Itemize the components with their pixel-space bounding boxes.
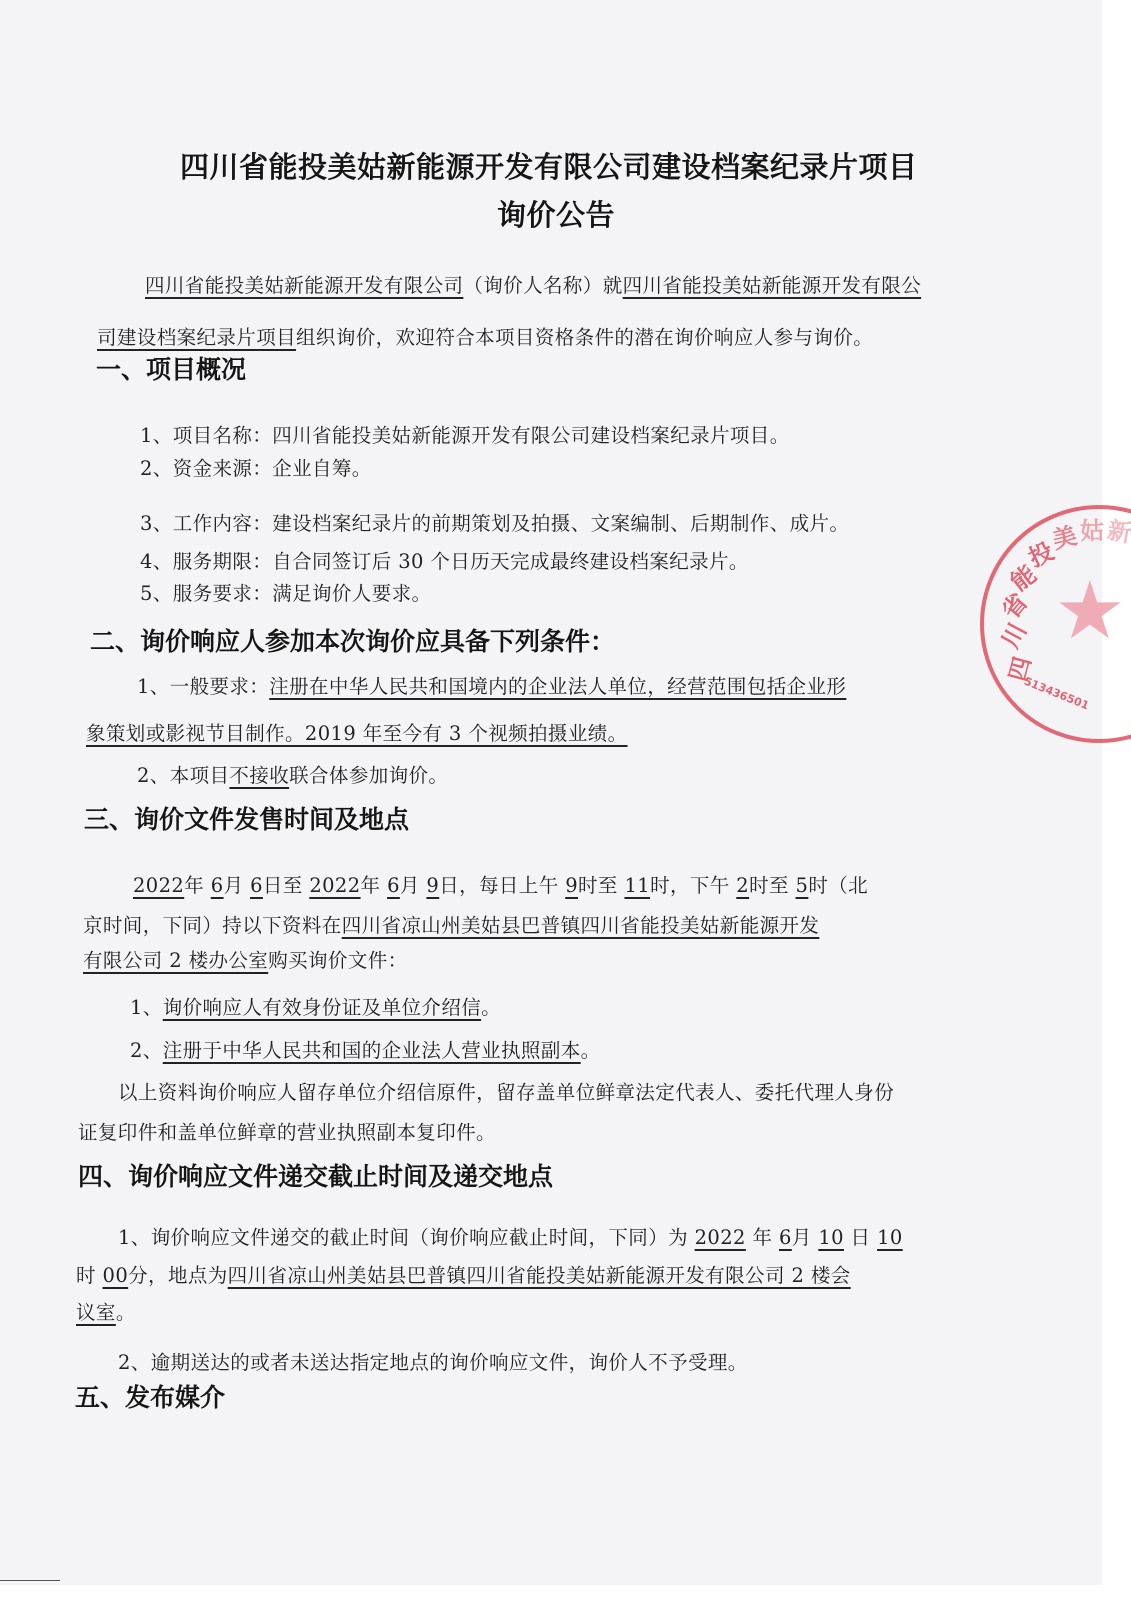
unit: 日至 <box>263 874 303 897</box>
consortium-status: 不接收 <box>229 764 289 787</box>
start-month: 6 <box>211 874 224 897</box>
intro-text: （询价人名称）就 <box>463 274 622 297</box>
unit: 时 <box>76 1264 96 1287</box>
section-1-item: 5、服务要求：满足询价人要求。 <box>140 578 431 606</box>
punct: 。 <box>581 1039 601 1062</box>
sale-requirement-2: 2、注册于中华人民共和国的企业法人营业执照副本。 <box>130 1035 601 1063</box>
deadline-location-line: 时 00分，地点为四川省凉山州美姑县巴普镇四川省能投美姑新能源开发有限公司 2 … <box>76 1260 851 1288</box>
item-label: 2、 <box>130 1039 163 1062</box>
section-1-heading: 一、项目概况 <box>96 350 246 386</box>
retention-note-cont: 证复印件和盖单位鲜章的营业执照副本复印件。 <box>78 1117 496 1145</box>
submission-location: 四川省凉山州美姑县巴普镇四川省能投美姑新能源开发有限公司 2 楼会 <box>228 1264 851 1287</box>
section-5-heading: 五、发布媒介 <box>75 1378 225 1414</box>
deadline-line: 1、询价响应文件递交的截止时间（询价响应截止时间，下同）为 2022 年 6月 … <box>118 1222 903 1250</box>
section-1-item: 4、服务期限：自合同签订后 30 个日历天完成最终建设档案纪录片。 <box>140 546 749 574</box>
section-1-item: 2、资金来源：企业自筹。 <box>140 453 372 481</box>
section-1-item: 1、项目名称：四川省能投美姑新能源开发有限公司建设档案纪录片项目。 <box>140 420 790 448</box>
item-text: 2、本项目 <box>137 764 229 787</box>
project-name: 四川省能投美姑新能源开发有限公 <box>623 274 922 297</box>
unit: 月 <box>224 874 244 897</box>
punct: 。 <box>116 1301 136 1324</box>
am-end: 11 <box>624 874 650 897</box>
intro-line-1: 四川省能投美姑新能源开发有限公司（询价人名称）就四川省能投美姑新能源开发有限公 <box>145 270 921 298</box>
unit: 分，地点为 <box>128 1264 228 1287</box>
project-name-cont: 司建设档案纪录片项目 <box>97 326 296 349</box>
stamp-char: 姑 <box>1079 511 1104 547</box>
location-suffix: 购买询价文件： <box>268 949 407 972</box>
item-text: 联合体参加询价。 <box>289 764 448 787</box>
intro-line-2: 司建设档案纪录片项目组织询价，欢迎符合本项目资格条件的潜在询价响应人参与询价。 <box>97 322 873 350</box>
section-2-item-1-cont: 象策划或影视节目制作。2019 年至今有 3 个视频拍摄业绩。 <box>86 718 628 746</box>
start-year: 2022 <box>133 874 184 897</box>
sale-location-cont: 有限公司 2 楼办公室 <box>83 949 268 972</box>
document-subtitle: 询价公告 <box>497 193 615 234</box>
intro-text-cont: 组织询价，欢迎符合本项目资格条件的潜在询价响应人参与询价。 <box>296 326 873 349</box>
section-3-heading: 三、询价文件发售时间及地点 <box>84 800 409 836</box>
sale-location-line-2: 有限公司 2 楼办公室购买询价文件： <box>83 945 408 973</box>
deadline-minute: 00 <box>103 1264 129 1287</box>
end-day: 9 <box>426 874 439 897</box>
deadline-year: 2022 <box>695 1226 746 1249</box>
location-prefix: 京时间，下同）持以下资料在 <box>83 914 342 937</box>
deadline-hour: 10 <box>877 1226 903 1249</box>
sale-location: 四川省凉山州美姑县巴普镇四川省能投美姑新能源开发 <box>342 914 820 937</box>
general-requirement: 注册在中华人民共和国境内的企业法人单位，经营范围包括企业形 <box>269 675 846 698</box>
submission-location-cont: 议室 <box>76 1301 116 1324</box>
unit: 日 <box>851 1226 871 1249</box>
deadline-day: 10 <box>818 1226 844 1249</box>
end-month: 6 <box>387 874 400 897</box>
unit: 日，每日上午 <box>439 874 558 897</box>
unit: 月 <box>400 874 420 897</box>
star-icon: ★ <box>1054 571 1126 651</box>
punct: 。 <box>481 996 501 1019</box>
start-day: 6 <box>250 874 263 897</box>
unit: 月 <box>792 1226 812 1249</box>
scan-edge-line <box>0 1580 60 1581</box>
item-label: 1、一般要求： <box>137 675 269 698</box>
stamp-char: 新 <box>1105 510 1131 549</box>
unit: 时至 <box>749 874 789 897</box>
requirement-text: 询价响应人有效身份证及单位介绍信 <box>163 996 481 1019</box>
stamp-code: 513436501 <box>1022 675 1091 713</box>
stamp-char: 川 <box>991 616 1033 654</box>
sale-requirement-1: 1、询价响应人有效身份证及单位介绍信。 <box>130 992 501 1020</box>
retention-note: 以上资料询价响应人留存单位介绍信原件，留存盖单位鲜章法定代表人、委托代理人身份 <box>118 1077 894 1105</box>
document-title: 四川省能投美姑新能源开发有限公司建设档案纪录片项目 <box>180 145 918 186</box>
section-2-heading: 二、询价响应人参加本次询价应具备下列条件： <box>90 622 615 658</box>
unit: 年 <box>361 874 381 897</box>
requirement-text: 注册于中华人民共和国的企业法人营业执照副本 <box>163 1039 581 1062</box>
pm-start: 2 <box>736 874 749 897</box>
inquirer-name: 四川省能投美姑新能源开发有限公司 <box>145 274 463 297</box>
pm-end: 5 <box>796 874 809 897</box>
section-1-item: 3、工作内容：建设档案纪录片的前期策划及拍摄、文案编制、后期制作、成片。 <box>140 508 849 536</box>
end-year: 2022 <box>309 874 360 897</box>
unit: 时（北 <box>808 874 868 897</box>
general-requirement-cont: 象策划或影视节目制作。2019 年至今有 3 个视频拍摄业绩。 <box>86 722 628 745</box>
sale-location-line: 京时间，下同）持以下资料在四川省凉山州美姑县巴普镇四川省能投美姑新能源开发 <box>83 910 819 938</box>
deadline-location-line-2: 议室。 <box>76 1297 136 1325</box>
sale-time-line: 2022年 6月 6日至 2022年 6月 9日，每日上午 9时至 11时，下午… <box>133 870 868 898</box>
section-4-heading: 四、询价响应文件递交截止时间及递交地点 <box>78 1157 553 1193</box>
unit: 年 <box>184 874 204 897</box>
unit: 时，下午 <box>650 874 730 897</box>
item-label: 1、 <box>130 996 163 1019</box>
unit: 时至 <box>578 874 618 897</box>
unit: 年 <box>752 1226 772 1249</box>
deadline-prefix: 1、询价响应文件递交的截止时间（询价响应截止时间，下同）为 <box>118 1226 688 1249</box>
section-2-item-1: 1、一般要求：注册在中华人民共和国境内的企业法人单位，经营范围包括企业形 <box>137 671 846 699</box>
stamp-char: 美 <box>1048 516 1080 556</box>
deadline-month: 6 <box>779 1226 792 1249</box>
am-start: 9 <box>565 874 578 897</box>
section-2-item-2: 2、本项目不接收联合体参加询价。 <box>137 760 448 788</box>
late-submission-note: 2、逾期送达的或者未送达指定地点的询价响应文件，询价人不予受理。 <box>118 1347 748 1375</box>
